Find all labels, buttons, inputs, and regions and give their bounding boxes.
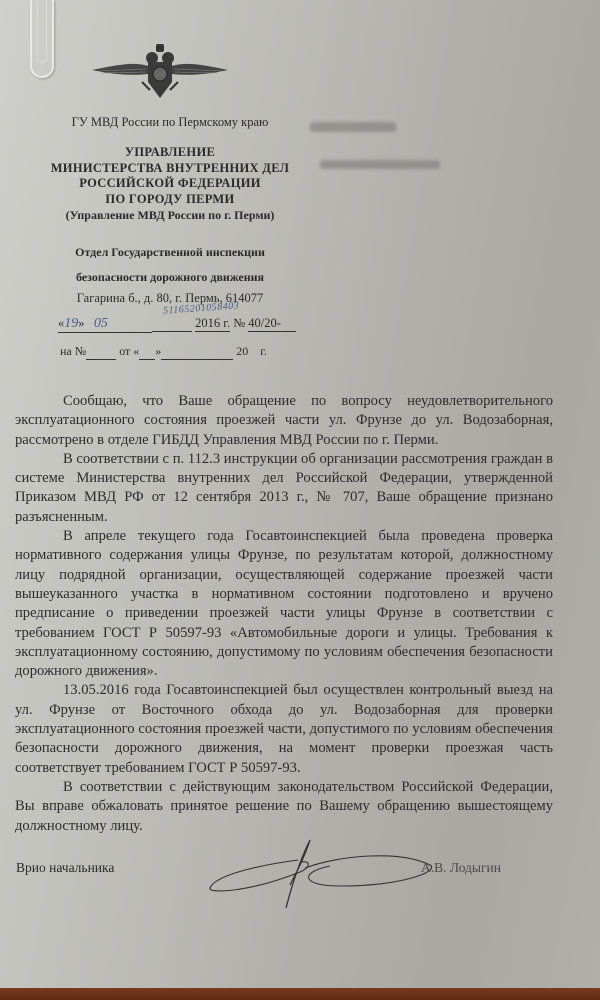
department-line: МИНИСТЕРСТВА ВНУТРЕННИХ ДЕЛ: [20, 161, 320, 177]
redacted-recipient-line: [320, 160, 440, 169]
department-line: ПО ГОРОДУ ПЕРМИ: [20, 192, 320, 208]
department-line: РОССИЙСКОЙ ФЕДЕРАЦИИ: [20, 176, 320, 192]
letter-body: Сообщаю, что Ваше обращение по вопросу н…: [15, 392, 553, 836]
body-paragraph: В апреле текущего года Госавтоинспекцией…: [15, 527, 553, 681]
body-paragraph: В соответствии с п. 112.3 инструкции об …: [15, 450, 553, 527]
department-line: УПРАВЛЕНИЕ: [20, 145, 320, 161]
unit-line: безопасности дорожного движения: [20, 265, 320, 290]
signatory-title: Врио начальника: [16, 860, 114, 876]
ministry-line: ГУ МВД России по Пермскому краю: [20, 115, 320, 130]
unit-header: Отдел Государственной инспекции безопасн…: [20, 240, 320, 290]
address: Гагарина б., д. 80, г. Пермь, 614077: [20, 291, 320, 306]
table-surface: [0, 988, 600, 1000]
body-paragraph: 13.05.2016 года Госавтоинспекцией был ос…: [15, 681, 553, 777]
date-day: 19: [64, 316, 78, 331]
handwritten-signature: [200, 830, 440, 910]
letter-page: ГУ МВД России по Пермскому краю УПРАВЛЕН…: [0, 0, 600, 988]
unit-line: Отдел Государственной инспекции: [20, 240, 320, 265]
redacted-recipient-line: [310, 122, 396, 132]
reference-line: на № от « » 20 г.: [60, 344, 267, 360]
date-year: 2016 г.: [195, 316, 230, 332]
paperclip-icon: [30, 0, 54, 78]
body-paragraph: В соответствии с действующим законодател…: [15, 778, 553, 836]
department-short-name: (Управление МВД России по г. Перми): [20, 208, 320, 223]
outgoing-number: 40/20-: [248, 316, 296, 332]
number-label: №: [233, 316, 245, 330]
date-line: «19» 05 2016 г. № 40/20-: [58, 316, 318, 333]
date-month: 05: [94, 316, 108, 331]
mvd-eagle-emblem-icon: [90, 42, 230, 100]
signatory-name: А.В. Лодыгин: [421, 860, 501, 876]
department-header: УПРАВЛЕНИЕ МИНИСТЕРСТВА ВНУТРЕННИХ ДЕЛ Р…: [20, 145, 320, 207]
body-paragraph: Сообщаю, что Ваше обращение по вопросу н…: [15, 392, 553, 450]
